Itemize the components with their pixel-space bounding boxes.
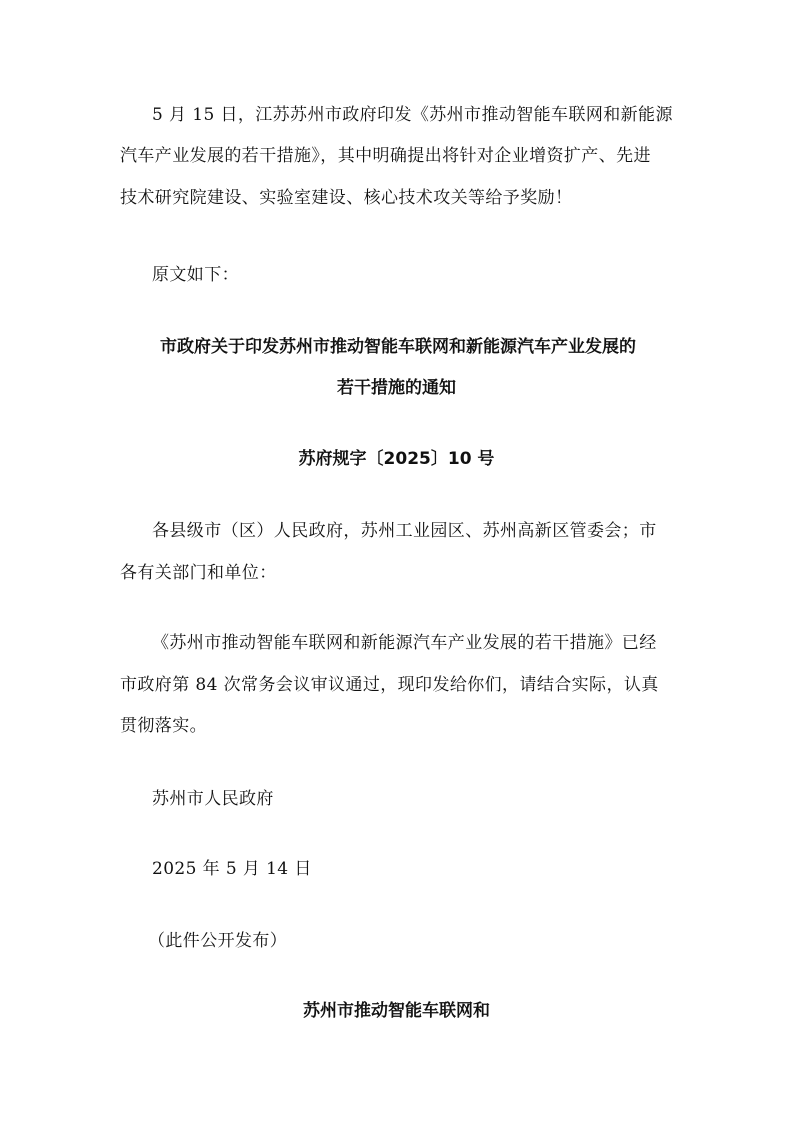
body-line-3: 贯彻落实。 [120,715,207,737]
intro-line-2: 汽车产业发展的若干措施》，其中明确提出将针对企业增资扩产、先进 [120,145,651,167]
original-text-label: 原文如下： [152,264,239,286]
addressee-line-1: 各县级市（区）人民政府，苏州工业园区、苏州高新区管委会；市 [152,520,657,542]
issuer-name: 苏州市人民政府 [152,788,274,810]
notice-title-line-1: 市政府关于印发苏州市推动智能车联网和新能源汽车产业发展的 [160,336,636,358]
body-line-1: 《苏州市推动智能车联网和新能源汽车产业发展的若干措施》已经 [152,632,657,654]
notice-title-line-2: 若干措施的通知 [0,377,793,399]
issue-date: 2025 年 5 月 14 日 [152,858,312,880]
document-number: 苏府规字〔2025〕10 号 [0,448,793,470]
body-line-2: 市政府第 84 次常务会议审议通过，现印发给你们，请结合实际，认真 [120,674,659,696]
intro-line-3: 技术研究院建设、实验室建设、核心技术攻关等给予奖励！ [120,187,572,209]
document-page: 5 月 15 日，江苏苏州市政府印发《苏州市推动智能车联网和新能源 汽车产业发展… [0,0,793,1122]
intro-line-1: 5 月 15 日，江苏苏州市政府印发《苏州市推动智能车联网和新能源 [152,104,673,126]
disclosure-note: （此件公开发布） [148,930,287,952]
addressee-line-2: 各有关部门和单位： [120,562,277,584]
section-heading: 苏州市推动智能车联网和 [0,1000,793,1022]
